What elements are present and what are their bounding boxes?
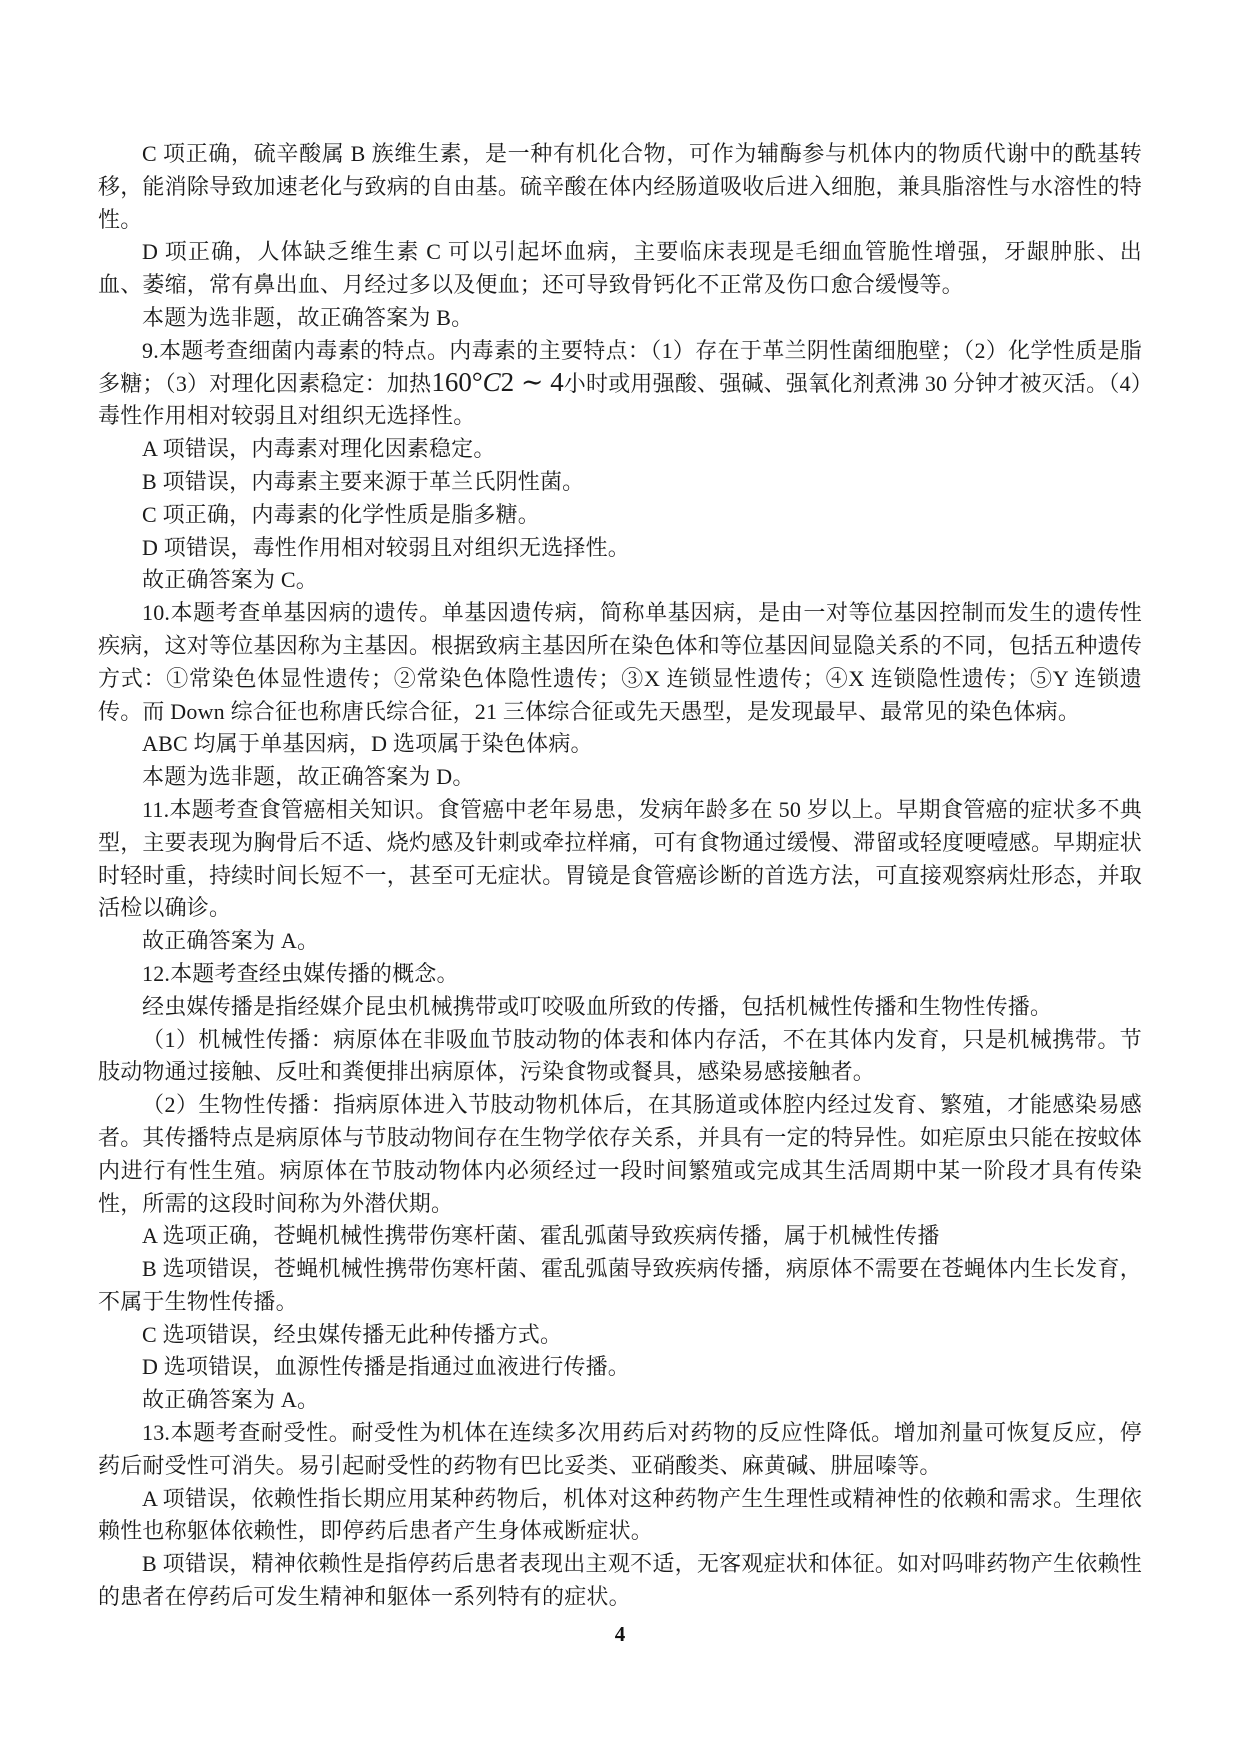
text-run: ABC 均属于单基因病，D 选项属于染色体病。 [142, 731, 593, 756]
paragraph: 故正确答案为 C。 [98, 564, 1142, 597]
page-footer: 4 [0, 1622, 1240, 1647]
document-page: C 项正确，硫辛酸属 B 族维生素，是一种有机化合物，可作为辅酶参与机体内的物质… [0, 0, 1240, 1754]
text-run: 本题为选非题，故正确答案为 B。 [142, 305, 473, 330]
text-run: B 项错误，精神依赖性是指停药后患者表现出主观不适，无客观症状和体征。如对吗啡药… [98, 1551, 1142, 1609]
text-run: D 选项错误，血源性传播是指通过血液进行传播。 [142, 1354, 630, 1379]
text-run: B 选项错误，苍蝇机械性携带伤寒杆菌、霍乱弧菌导致疾病传播，病原体不需要在苍蝇体… [98, 1256, 1142, 1314]
text-run: 本题为选非题，故正确答案为 D。 [142, 764, 475, 789]
paragraph: 11.本题考查食管癌相关知识。食管癌中老年易患，发病年龄多在 50 岁以上。早期… [98, 794, 1142, 925]
page-number: 4 [615, 1622, 626, 1646]
paragraph: C 项正确，内毒素的化学性质是脂多糖。 [98, 499, 1142, 532]
paragraph: C 项正确，硫辛酸属 B 族维生素，是一种有机化合物，可作为辅酶参与机体内的物质… [98, 138, 1142, 236]
paragraph: B 项错误，内毒素主要来源于革兰氏阴性菌。 [98, 466, 1142, 499]
formula-fragment: 160° [431, 367, 482, 397]
paragraph: 本题为选非题，故正确答案为 D。 [98, 761, 1142, 794]
text-run: 经虫媒传播是指经媒介昆虫机械携带或叮咬吸血所致的传播，包括机械性传播和生物性传播… [142, 994, 1052, 1019]
paragraph: B 选项错误，苍蝇机械性携带伤寒杆菌、霍乱弧菌导致疾病传播，病原体不需要在苍蝇体… [98, 1253, 1142, 1319]
text-run: C 选项错误，经虫媒传播无此种传播方式。 [142, 1322, 562, 1347]
text-run: B 项错误，内毒素主要来源于革兰氏阴性菌。 [142, 469, 584, 494]
paragraph: （2）生物性传播：指病原体进入节肢动物机体后，在其肠道或体腔内经过发育、繁殖，才… [98, 1089, 1142, 1220]
text-run: C 项正确，内毒素的化学性质是脂多糖。 [142, 502, 540, 527]
paragraph: A 选项正确，苍蝇机械性携带伤寒杆菌、霍乱弧菌导致疾病传播，属于机械性传播 [98, 1220, 1142, 1253]
paragraph: D 选项错误，血源性传播是指通过血液进行传播。 [98, 1351, 1142, 1384]
text-run: 故正确答案为 A。 [142, 1387, 319, 1412]
text-run: 13.本题考查耐受性。耐受性为机体在连续多次用药后对药物的反应性降低。增加剂量可… [98, 1420, 1142, 1478]
text-run: （2）生物性传播：指病原体进入节肢动物机体后，在其肠道或体腔内经过发育、繁殖，才… [98, 1092, 1142, 1215]
text-run: A 项错误，内毒素对理化因素稳定。 [142, 436, 496, 461]
paragraph: 故正确答案为 A。 [98, 925, 1142, 958]
paragraph: ABC 均属于单基因病，D 选项属于染色体病。 [98, 728, 1142, 761]
text-run: 故正确答案为 C。 [142, 567, 318, 592]
paragraph: B 项错误，精神依赖性是指停药后患者表现出主观不适，无客观症状和体征。如对吗啡药… [98, 1548, 1142, 1614]
paragraph: 故正确答案为 A。 [98, 1384, 1142, 1417]
paragraph: 12.本题考查经虫媒传播的概念。 [98, 958, 1142, 991]
text-run: （1）机械性传播：病原体在非吸血节肢动物的体表和体内存活，不在其体内发育，只是机… [98, 1027, 1142, 1085]
text-run: 10.本题考查单基因病的遗传。单基因遗传病，简称单基因病，是由一对等位基因控制而… [98, 600, 1142, 723]
text-run: 11.本题考查食管癌相关知识。食管癌中老年易患，发病年龄多在 50 岁以上。早期… [98, 797, 1142, 920]
paragraph: 10.本题考查单基因病的遗传。单基因遗传病，简称单基因病，是由一对等位基因控制而… [98, 597, 1142, 728]
text-run: C 项正确，硫辛酸属 B 族维生素，是一种有机化合物，可作为辅酶参与机体内的物质… [98, 141, 1142, 232]
paragraph: A 项错误，内毒素对理化因素稳定。 [98, 433, 1142, 466]
paragraph: 本题为选非题，故正确答案为 B。 [98, 302, 1142, 335]
formula-fragment: 2 ∼ 4 [501, 367, 564, 397]
paragraph: 经虫媒传播是指经媒介昆虫机械携带或叮咬吸血所致的传播，包括机械性传播和生物性传播… [98, 991, 1142, 1024]
text-run: A 项错误，依赖性指长期应用某种药物后，机体对这种药物产生生理性或精神性的依赖和… [98, 1486, 1142, 1544]
text-run: A 选项正确，苍蝇机械性携带伤寒杆菌、霍乱弧菌导致疾病传播，属于机械性传播 [142, 1223, 940, 1248]
paragraph: D 项错误，毒性作用相对较弱且对组织无选择性。 [98, 532, 1142, 565]
text-run: D 项错误，毒性作用相对较弱且对组织无选择性。 [142, 535, 630, 560]
paragraph: （1）机械性传播：病原体在非吸血节肢动物的体表和体内存活，不在其体内发育，只是机… [98, 1024, 1142, 1090]
text-run: 故正确答案为 A。 [142, 928, 319, 953]
text-run: 12.本题考查经虫媒传播的概念。 [142, 961, 459, 986]
paragraph: 9.本题考查细菌内毒素的特点。内毒素的主要特点：（1）存在于革兰阴性菌细胞壁；（… [98, 335, 1142, 433]
paragraph: A 项错误，依赖性指长期应用某种药物后，机体对这种药物产生生理性或精神性的依赖和… [98, 1483, 1142, 1549]
paragraph: C 选项错误，经虫媒传播无此种传播方式。 [98, 1319, 1142, 1352]
formula-fragment: C [483, 367, 501, 397]
paragraph: 13.本题考查耐受性。耐受性为机体在连续多次用药后对药物的反应性降低。增加剂量可… [98, 1417, 1142, 1483]
document-body: C 项正确，硫辛酸属 B 族维生素，是一种有机化合物，可作为辅酶参与机体内的物质… [98, 138, 1142, 1614]
text-run: D 项正确，人体缺乏维生素 C 可以引起坏血病，主要临床表现是毛细血管脆性增强，… [98, 239, 1142, 297]
paragraph: D 项正确，人体缺乏维生素 C 可以引起坏血病，主要临床表现是毛细血管脆性增强，… [98, 236, 1142, 302]
